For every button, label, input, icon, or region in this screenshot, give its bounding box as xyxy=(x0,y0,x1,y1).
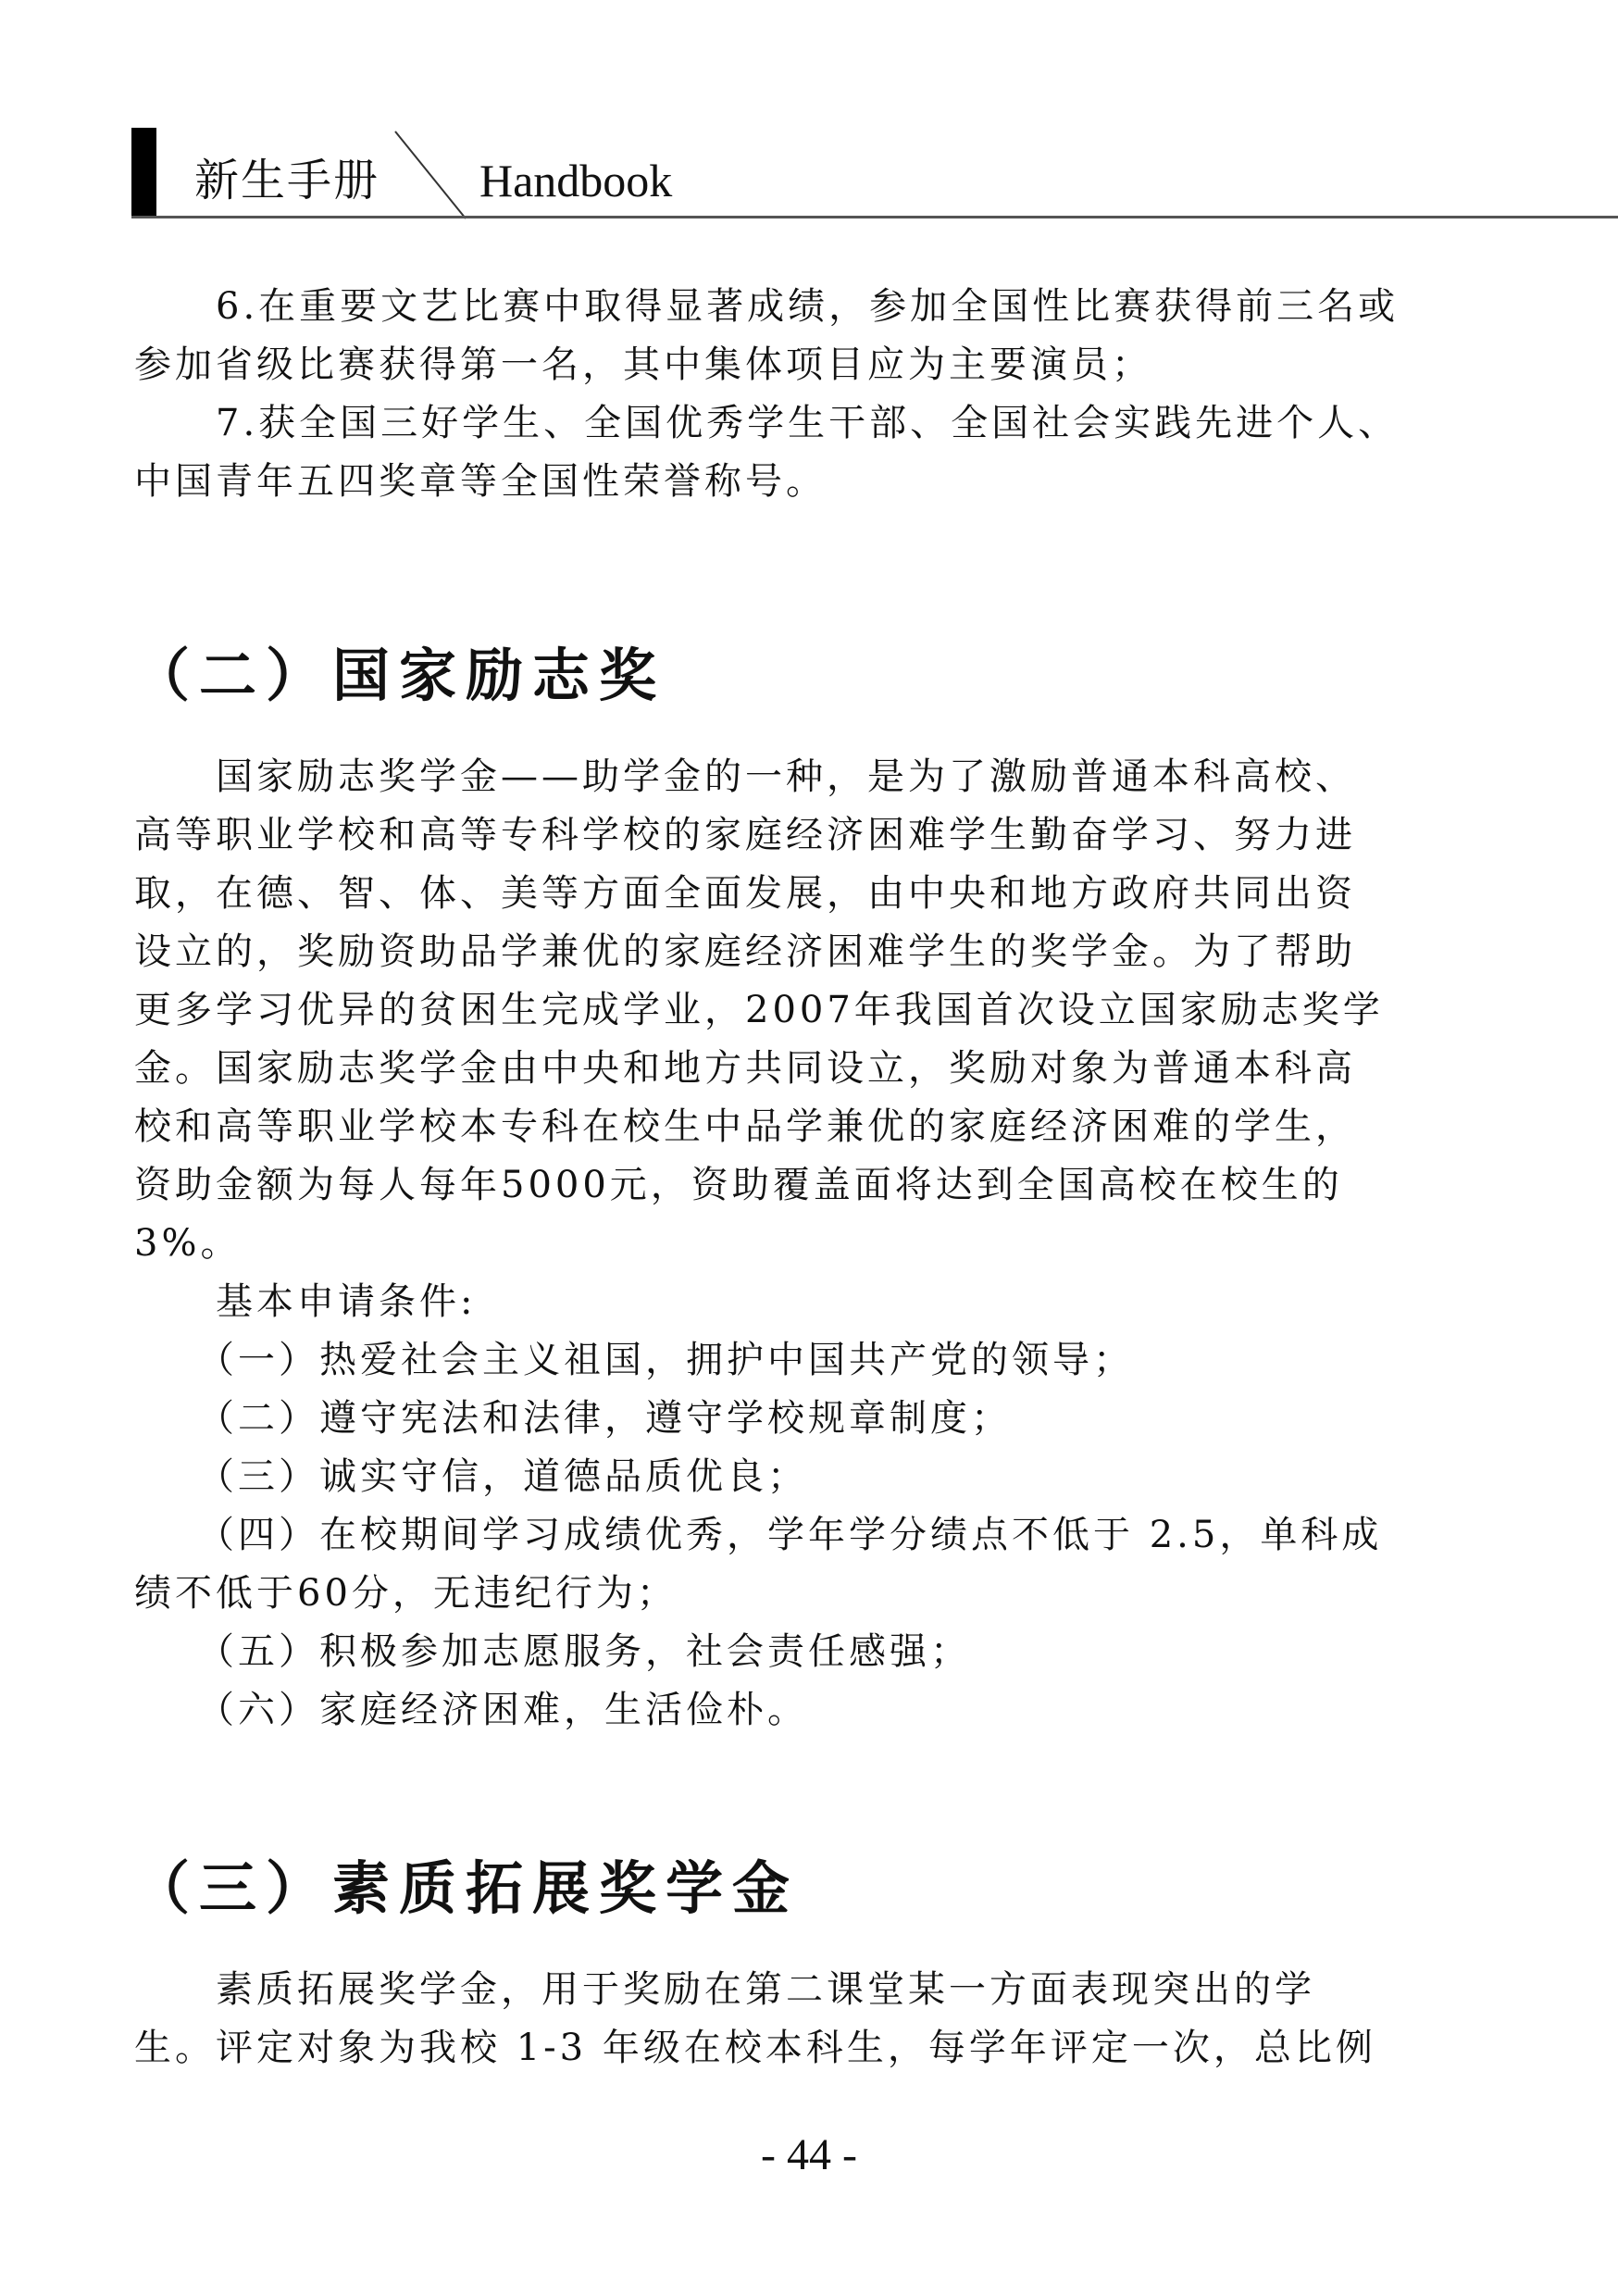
header-accent-bar xyxy=(131,128,156,218)
condition-item: （一）热爱社会主义祖国，拥护中国共产党的领导； xyxy=(134,1331,1504,1390)
condition-item: （五）积极参加志愿服务，社会责任感强； xyxy=(134,1623,1504,1681)
text-line: 参加省级比赛获得第一名，其中集体项目应为主要演员； xyxy=(134,336,1504,394)
condition-item: 绩不低于60分，无违纪行为； xyxy=(134,1565,1504,1623)
text-line: 金。国家励志奖学金由中央和地方共同设立，奖励对象为普通本科高 xyxy=(134,1040,1504,1098)
text-line: 更多学习优异的贫困生完成学业，2007年我国首次设立国家励志奖学 xyxy=(134,981,1504,1040)
text-line: 3%。 xyxy=(134,1215,1504,1273)
page-number: - 44 - xyxy=(0,2129,1618,2180)
text-line: 6.在重要文艺比赛中取得显著成绩，参加全国性比赛获得前三名或 xyxy=(134,278,1504,336)
section-heading: （二）国家励志奖 xyxy=(132,630,666,712)
text-line: 素质拓展奖学金，用于奖励在第二课堂某一方面表现突出的学 xyxy=(134,1961,1504,2019)
text-line: 中国青年五四奖章等全国性荣誉称号。 xyxy=(134,453,1504,511)
text-line: 资助金额为每人每年5000元，资助覆盖面将达到全国高校在校生的 xyxy=(134,1156,1504,1215)
conditions-title: 基本申请条件: xyxy=(134,1273,1504,1331)
text-line: 生。评定对象为我校 1-3 年级在校本科生，每学年评定一次，总比例 xyxy=(134,2019,1504,2078)
condition-item: （六）家庭经济困难，生活俭朴。 xyxy=(134,1681,1504,1740)
section-heading: （三）素质拓展奖学金 xyxy=(132,1842,799,1925)
header-rule xyxy=(131,216,1618,218)
condition-item: （二）遵守宪法和法律，遵守学校规章制度； xyxy=(134,1390,1504,1448)
header-title-cn: 新生手册 xyxy=(194,153,380,208)
text-line: 国家励志奖学金——助学金的一种，是为了激励普通本科高校、 xyxy=(134,748,1504,806)
condition-item: （三）诚实守信，道德品质优良； xyxy=(134,1448,1504,1506)
text-line: 7.获全国三好学生、全国优秀学生干部、全国社会实践先进个人、 xyxy=(134,394,1504,453)
condition-item: （四）在校期间学习成绩优秀，学年学分绩点不低于 2.5，单科成 xyxy=(134,1506,1504,1565)
text-line: 取，在德、智、体、美等方面全面发展，由中央和地方政府共同出资 xyxy=(134,865,1504,923)
text-line: 设立的，奖励资助品学兼优的家庭经济困难学生的奖学金。为了帮助 xyxy=(134,923,1504,981)
header-divider-slash xyxy=(393,130,467,220)
text-line: 校和高等职业学校本专科在校生中品学兼优的家庭经济困难的学生， xyxy=(134,1098,1504,1156)
header-title-en: Handbook xyxy=(479,153,672,208)
page-header: 新生手册 Handbook xyxy=(0,0,1618,222)
text-line: 高等职业学校和高等专科学校的家庭经济困难学生勤奋学习、努力进 xyxy=(134,806,1504,865)
